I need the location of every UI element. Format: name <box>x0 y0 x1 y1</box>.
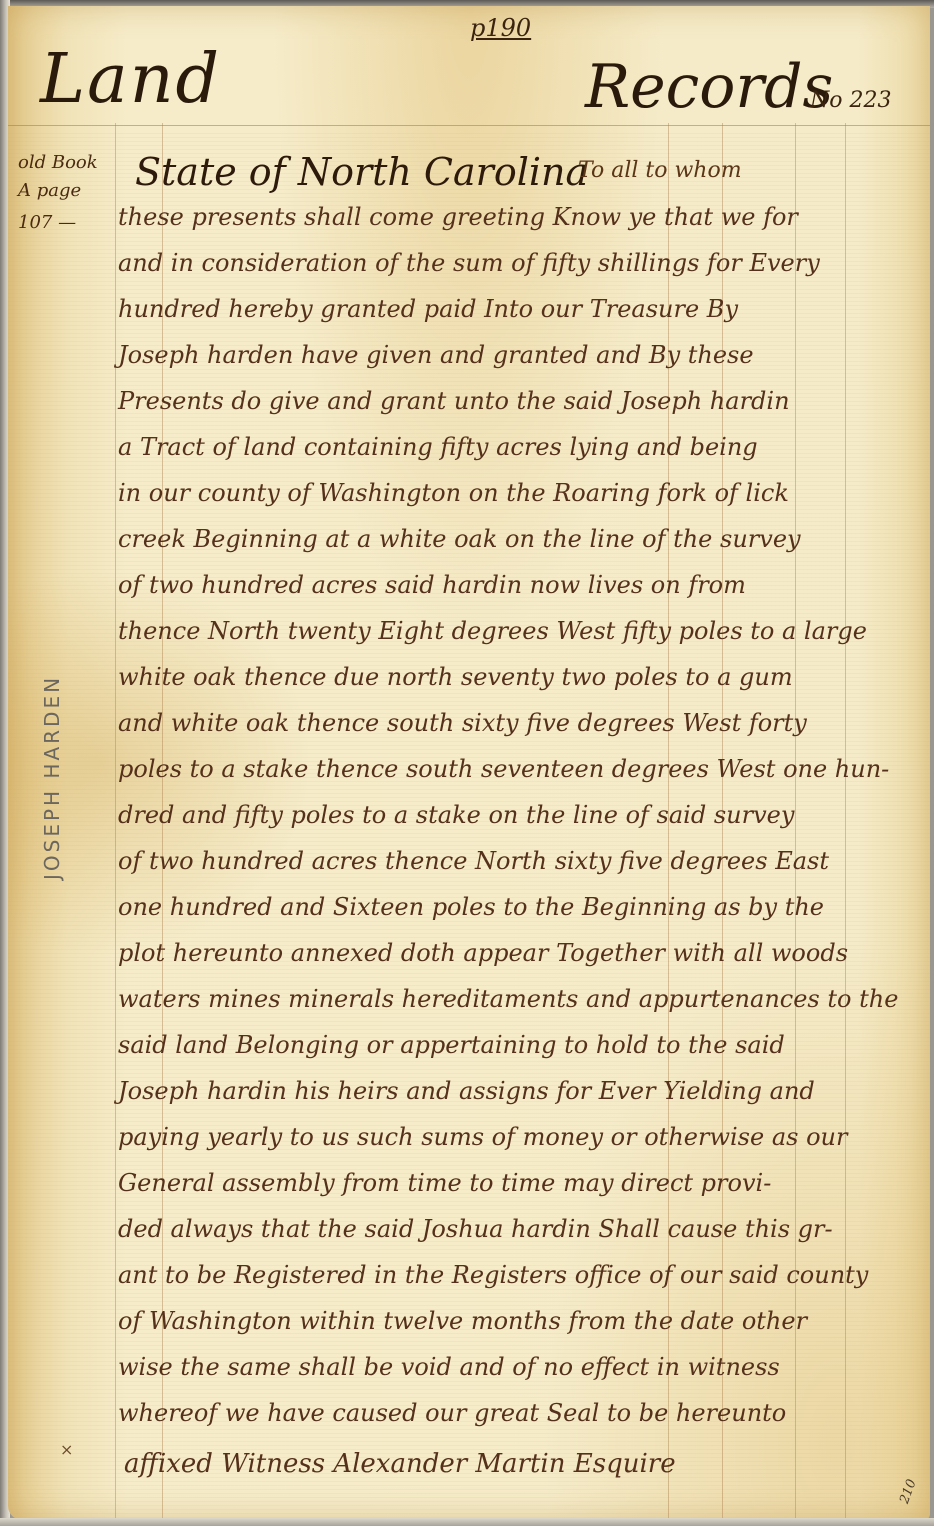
text-line: Joseph harden have given and granted and… <box>118 341 754 369</box>
text-line: whereof we have caused our great Seal to… <box>118 1399 786 1427</box>
text-line: thence North twenty Eight degrees West f… <box>118 617 867 645</box>
text-line: Joseph hardin his heirs and assigns for … <box>118 1077 815 1105</box>
header-rule <box>8 125 930 126</box>
text-line: poles to a stake thence south seventeen … <box>118 755 889 783</box>
column-rule-4 <box>845 123 846 1518</box>
margin-mark: × <box>60 1440 73 1459</box>
margin-note-line: A page <box>18 180 81 201</box>
index-stamp: JOSEPH HARDEN <box>40 675 64 880</box>
text-line: white oak thence due north seventy two p… <box>118 663 793 691</box>
title-records: Records <box>585 52 833 122</box>
title-land: Land <box>40 40 221 119</box>
text-line: of Washington within twelve months from … <box>118 1307 807 1335</box>
book-bottom-edge <box>0 1518 934 1526</box>
text-line: said land Belonging or appertaining to h… <box>118 1031 785 1059</box>
text-line: and white oak thence south sixty five de… <box>118 709 807 737</box>
document-heading: State of North Carolina <box>135 150 588 194</box>
margin-note-line: old Book <box>18 152 98 173</box>
text-line: ant to be Registered in the Registers of… <box>118 1261 868 1289</box>
text-line: creek Beginning at a white oak on the li… <box>118 525 801 553</box>
text-line: paying yearly to us such sums of money o… <box>118 1123 847 1151</box>
text-line: these presents shall come greeting Know … <box>118 203 798 231</box>
text-line: affixed Witness Alexander Martin Esquire <box>124 1449 676 1479</box>
text-line: General assembly from time to time may d… <box>118 1169 771 1197</box>
text-line: waters mines minerals hereditaments and … <box>118 985 898 1013</box>
text-line: dred and fifty poles to a stake on the l… <box>118 801 794 829</box>
margin-note-line: 107 — <box>18 212 76 233</box>
text-line: plot hereunto annexed doth appear Togeth… <box>118 939 848 967</box>
text-line: and in consideration of the sum of fifty… <box>118 249 820 277</box>
margin-rule-1 <box>115 123 116 1518</box>
record-number: No 223 <box>810 88 891 113</box>
text-line: ded always that the said Joshua hardin S… <box>118 1215 833 1243</box>
text-line: in our county of Washington on the Roari… <box>118 479 789 507</box>
text-line: hundred hereby granted paid Into our Tre… <box>118 295 738 323</box>
text-line: wise the same shall be void and of no ef… <box>118 1353 780 1381</box>
text-line: of two hundred acres said hardin now liv… <box>118 571 746 599</box>
text-line: Presents do give and grant unto the said… <box>118 387 790 415</box>
text-line: of two hundred acres thence North sixty … <box>118 847 829 875</box>
text-line: a Tract of land containing fifty acres l… <box>118 433 758 461</box>
text-line: one hundred and Sixteen poles to the Beg… <box>118 893 824 921</box>
page-reference: p190 <box>470 14 531 42</box>
heading-tail: To all to whom <box>578 158 742 183</box>
